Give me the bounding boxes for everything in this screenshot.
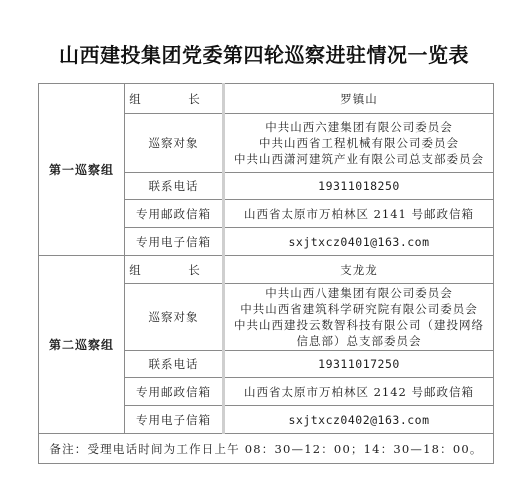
phone-label: 联系电话 <box>125 351 224 378</box>
email-label: 专用电子信箱 <box>125 406 224 434</box>
inspection-table: 第一巡察组 组 长 罗镇山 巡察对象 中共山西六建集团有限公司委员会 中共山西省… <box>38 83 494 464</box>
leader-value: 支龙龙 <box>224 256 494 284</box>
group-name: 第二巡察组 <box>39 256 125 434</box>
postbox-value: 山西省太原市万柏林区 2141 号邮政信箱 <box>224 200 494 228</box>
target-item: 中共山西省工程机械有限公司委员会 <box>227 135 491 151</box>
phone-value: 19311017250 <box>224 351 494 378</box>
leader-label: 组 长 <box>125 256 224 284</box>
table-row: 第一巡察组 组 长 罗镇山 <box>39 84 494 114</box>
target-item: 中共山西省建筑科学研究院有限公司委员会 <box>227 301 491 317</box>
postbox-label: 专用邮政信箱 <box>125 378 224 406</box>
targets-label: 巡察对象 <box>125 284 224 351</box>
email-value: sxjtxcz0402@163.com <box>224 406 494 434</box>
group-name: 第一巡察组 <box>39 84 125 256</box>
email-value: sxjtxcz0401@163.com <box>224 228 494 256</box>
postbox-label: 专用邮政信箱 <box>125 200 224 228</box>
phone-value: 19311018250 <box>224 173 494 200</box>
target-item: 中共山西八建集团有限公司委员会 <box>227 285 491 301</box>
table-row: 备注：受理电话时间为工作日上午 08：30—12：00；14：30—18：00。 <box>39 434 494 464</box>
targets-value: 中共山西八建集团有限公司委员会 中共山西省建筑科学研究院有限公司委员会 中共山西… <box>224 284 494 351</box>
page-title: 山西建投集团党委第四轮巡察进驻情况一览表 <box>0 42 528 68</box>
postbox-value: 山西省太原市万柏林区 2142 号邮政信箱 <box>224 378 494 406</box>
targets-value: 中共山西六建集团有限公司委员会 中共山西省工程机械有限公司委员会 中共山西潇河建… <box>224 114 494 173</box>
phone-label: 联系电话 <box>125 173 224 200</box>
target-item: 中共山西六建集团有限公司委员会 <box>227 119 491 135</box>
note-text: 备注：受理电话时间为工作日上午 08：30—12：00；14：30—18：00。 <box>39 434 494 464</box>
email-label: 专用电子信箱 <box>125 228 224 256</box>
targets-label: 巡察对象 <box>125 114 224 173</box>
leader-value: 罗镇山 <box>224 84 494 114</box>
target-item: 中共山西潇河建筑产业有限公司总支部委员会 <box>227 151 491 167</box>
target-item: 信息部）总支部委员会 <box>227 333 491 349</box>
target-item: 中共山西建投云数智科技有限公司（建投网络 <box>227 317 491 333</box>
leader-label: 组 长 <box>125 84 224 114</box>
table-row: 第二巡察组 组 长 支龙龙 <box>39 256 494 284</box>
